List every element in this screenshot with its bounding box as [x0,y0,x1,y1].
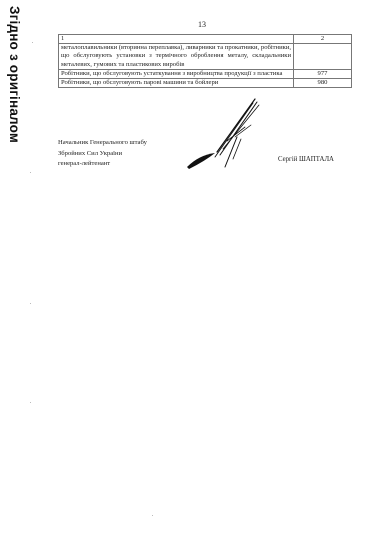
scan-speck [30,402,31,403]
column-header-2: 2 [294,35,352,44]
table-header-row: 1 2 [59,35,352,44]
row-code [294,44,352,70]
profession-codes-table: 1 2 металоплавильники (вторинна переплав… [58,34,352,88]
scan-speck [152,515,153,516]
table-row: металоплавильники (вторинна переплавка),… [59,44,352,70]
page-number: 13 [198,20,206,29]
column-header-1: 1 [59,35,294,44]
handwritten-signature-icon [185,97,265,172]
table-row: Робітники, що обслуговують устаткування … [59,69,352,78]
table-row: Робітники, що обслуговують парові машини… [59,79,352,88]
row-description: металоплавильники (вторинна переплавка),… [59,44,294,70]
row-description: Робітники, що обслуговують парові машини… [59,79,294,88]
signatory-position-line2: Збройних Сил України [58,149,147,160]
signatory-name: Сергій ШАПТАЛА [278,156,334,163]
scan-speck [32,42,33,43]
row-description: Робітники, що обслуговують устаткування … [59,69,294,78]
signatory-position-block: Начальник Генерального штабу Збройних Си… [58,138,147,170]
certification-stamp: Згідно з оригіналом [2,6,24,136]
scan-speck [30,172,31,173]
row-code: 980 [294,79,352,88]
signatory-position-line1: Начальник Генерального штабу [58,138,147,149]
scan-speck [30,303,31,304]
row-code: 977 [294,69,352,78]
stamp-text: Згідно з оригіналом [7,6,22,143]
signatory-rank: генерал-лейтенант [58,159,147,170]
